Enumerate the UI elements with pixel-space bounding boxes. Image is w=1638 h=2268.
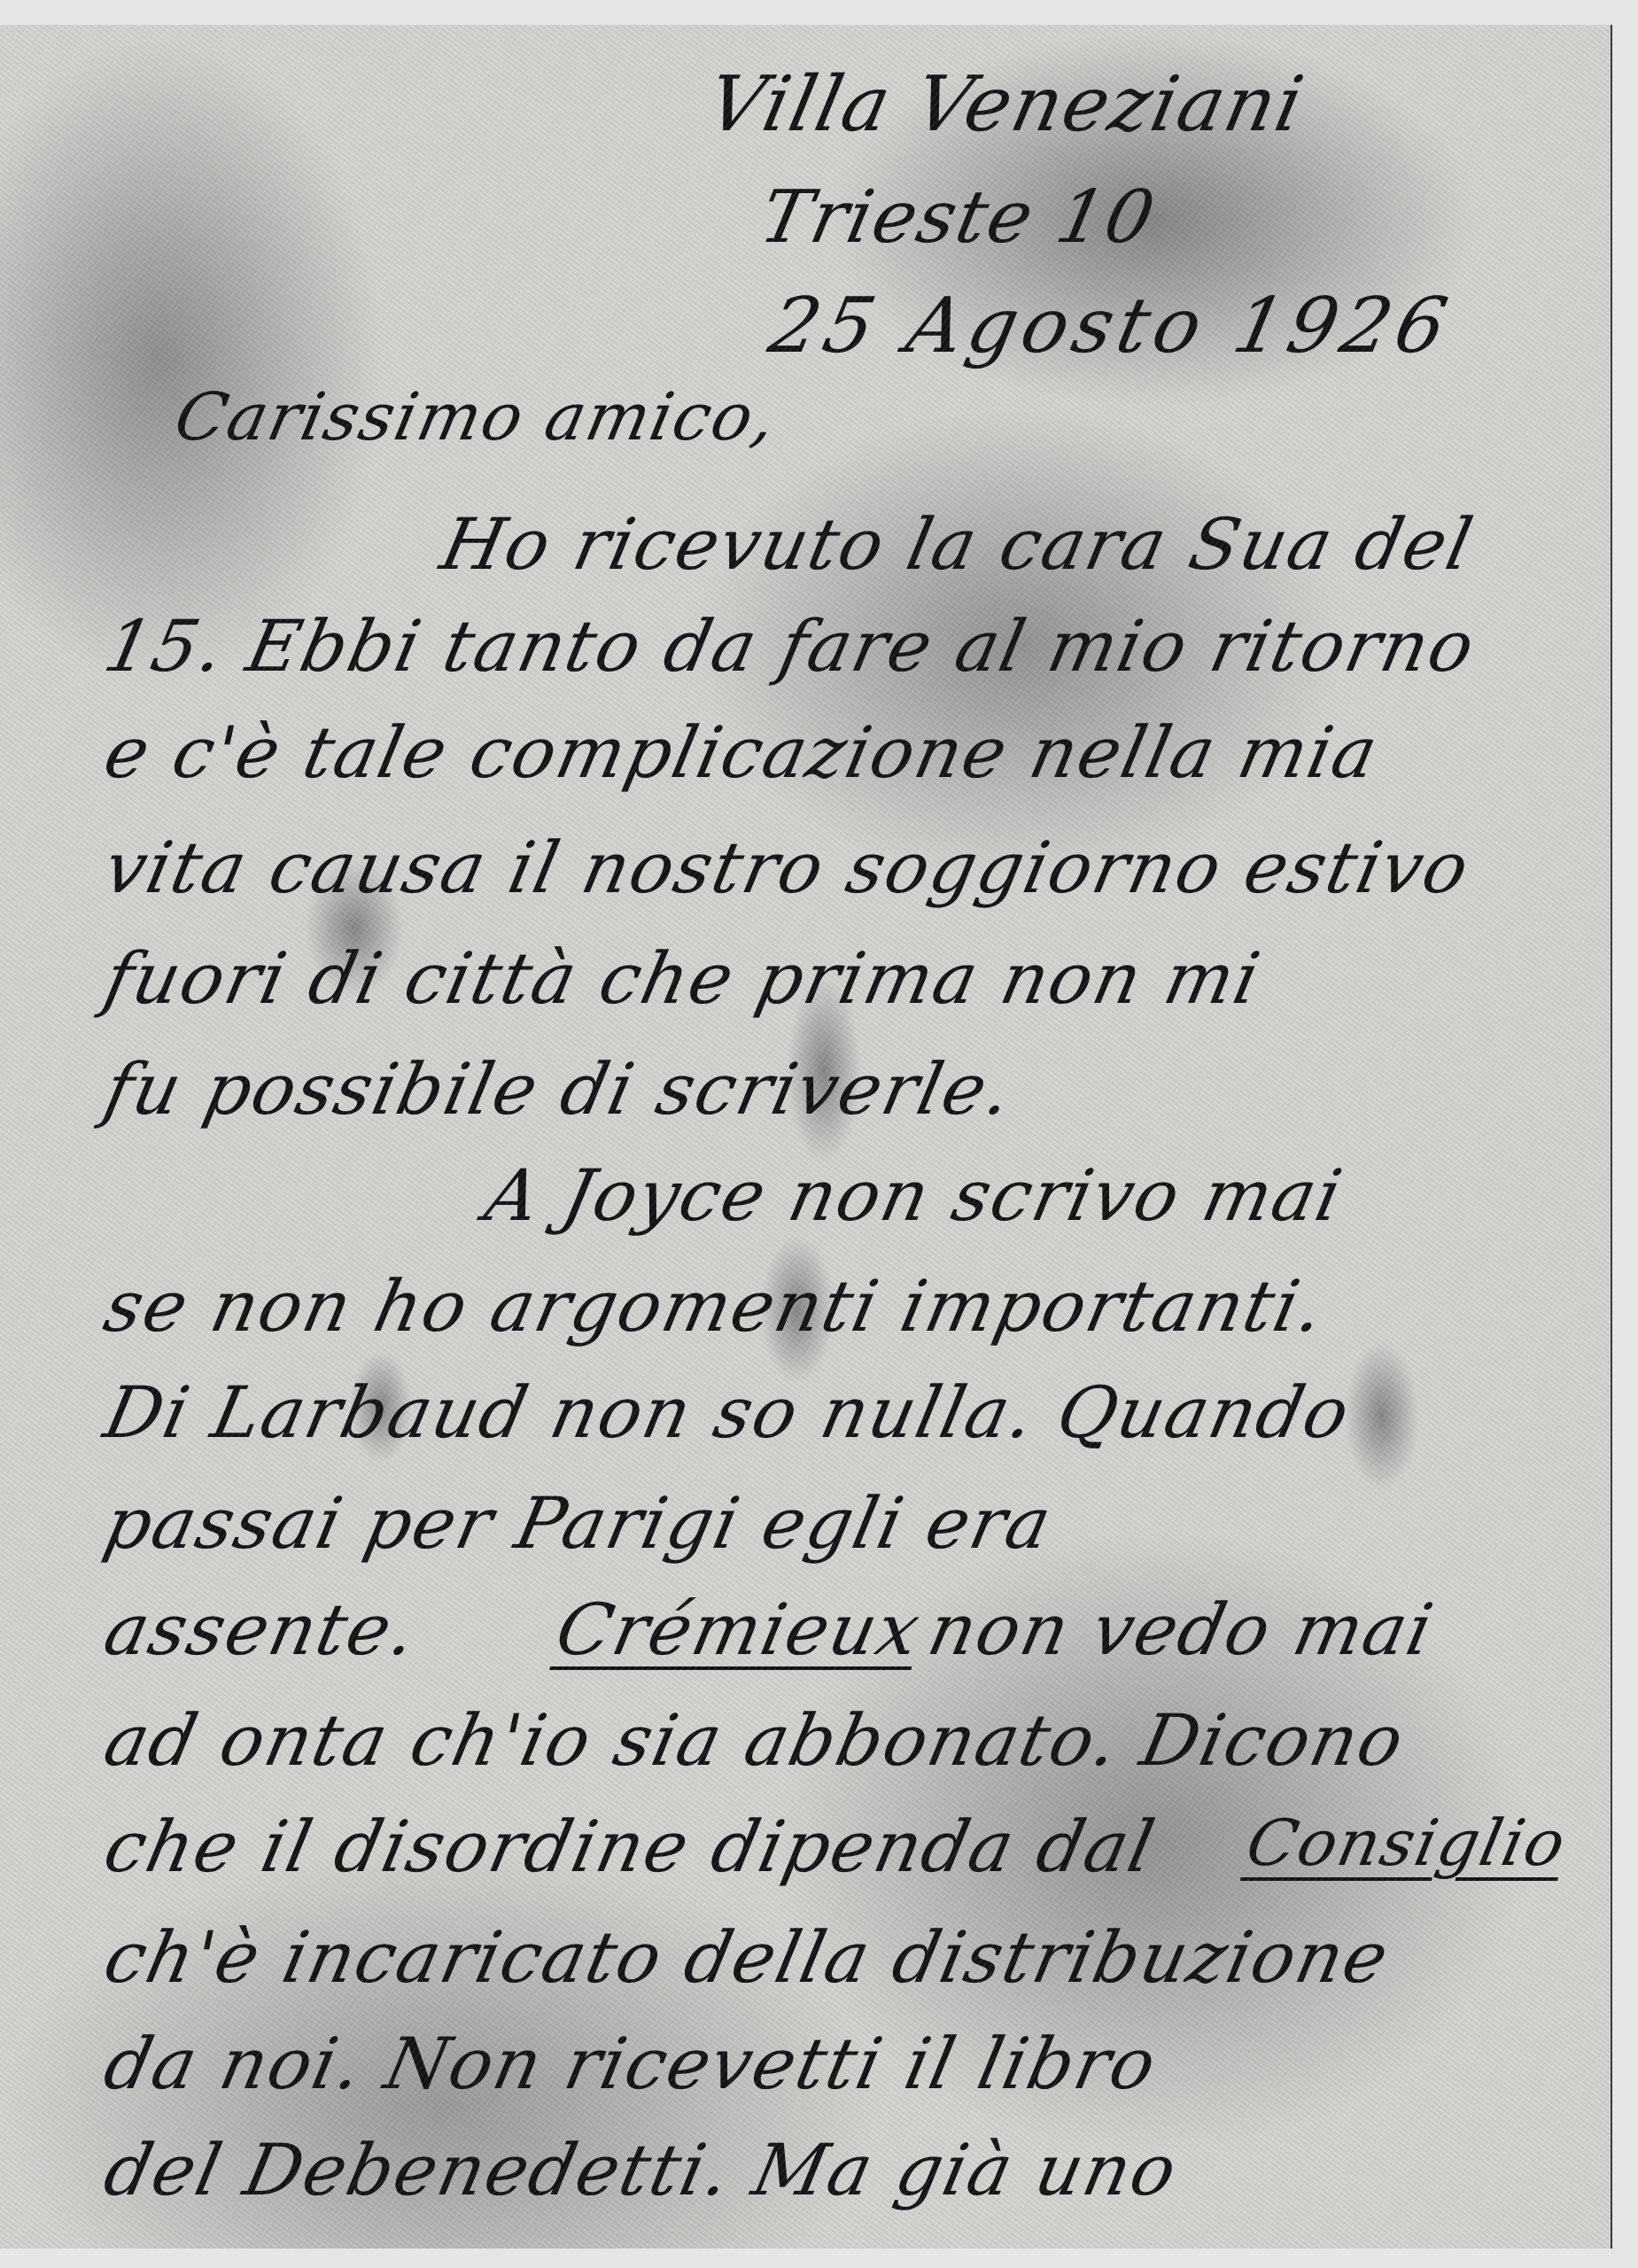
body-line: non vedo mai: [921, 1588, 1441, 1671]
body-line: A Joyce non scrivo mai: [478, 1154, 1350, 1237]
body-line: se non ho argomenti importanti.: [97, 1265, 1332, 1348]
body-line: che il disordine dipenda dal: [97, 1806, 1163, 1888]
body-line: vita causa il nostro soggiorno estivo: [97, 827, 1478, 909]
body-line: fuori di città che prima non mi: [97, 937, 1269, 1020]
underlined-word-consiglio: Consiglio: [1240, 1806, 1573, 1880]
body-line: del Debenedetti. Ma già uno: [97, 2129, 1185, 2211]
body-line: assente.: [97, 1588, 424, 1671]
letter-page: Villa Veneziani Trieste 10 25 Agosto 192…: [0, 25, 1612, 2249]
underlined-name-cremieux: Crémieux: [549, 1588, 928, 1671]
header-address-line-2: Trieste 10: [753, 175, 1163, 260]
body-line: e c'è tale complicazione nella mia: [97, 711, 1386, 794]
body-line: ch'è incaricato della distribuzione: [97, 1916, 1397, 1999]
body-line: 15. Ebbi tanto da fare al mio ritorno: [97, 605, 1483, 687]
body-line: Di Larbaud non so nulla. Quando: [97, 1371, 1358, 1454]
body-line: ad onta ch'io sia abbonato. Dicono: [97, 1699, 1412, 1782]
header-date: 25 Agosto 1926: [762, 282, 1460, 370]
header-address-line-1: Villa Veneziani: [700, 60, 1312, 149]
body-line: Ho ricevuto la cara Sua del: [434, 503, 1481, 586]
body-line: passai per Parigi egli era: [97, 1482, 1060, 1565]
body-line: fu possibile di scriverle.: [97, 1048, 1021, 1130]
salutation: Carissimo amico,: [168, 379, 784, 455]
body-line: da noi. Non ricevetti il libro: [97, 2023, 1165, 2105]
